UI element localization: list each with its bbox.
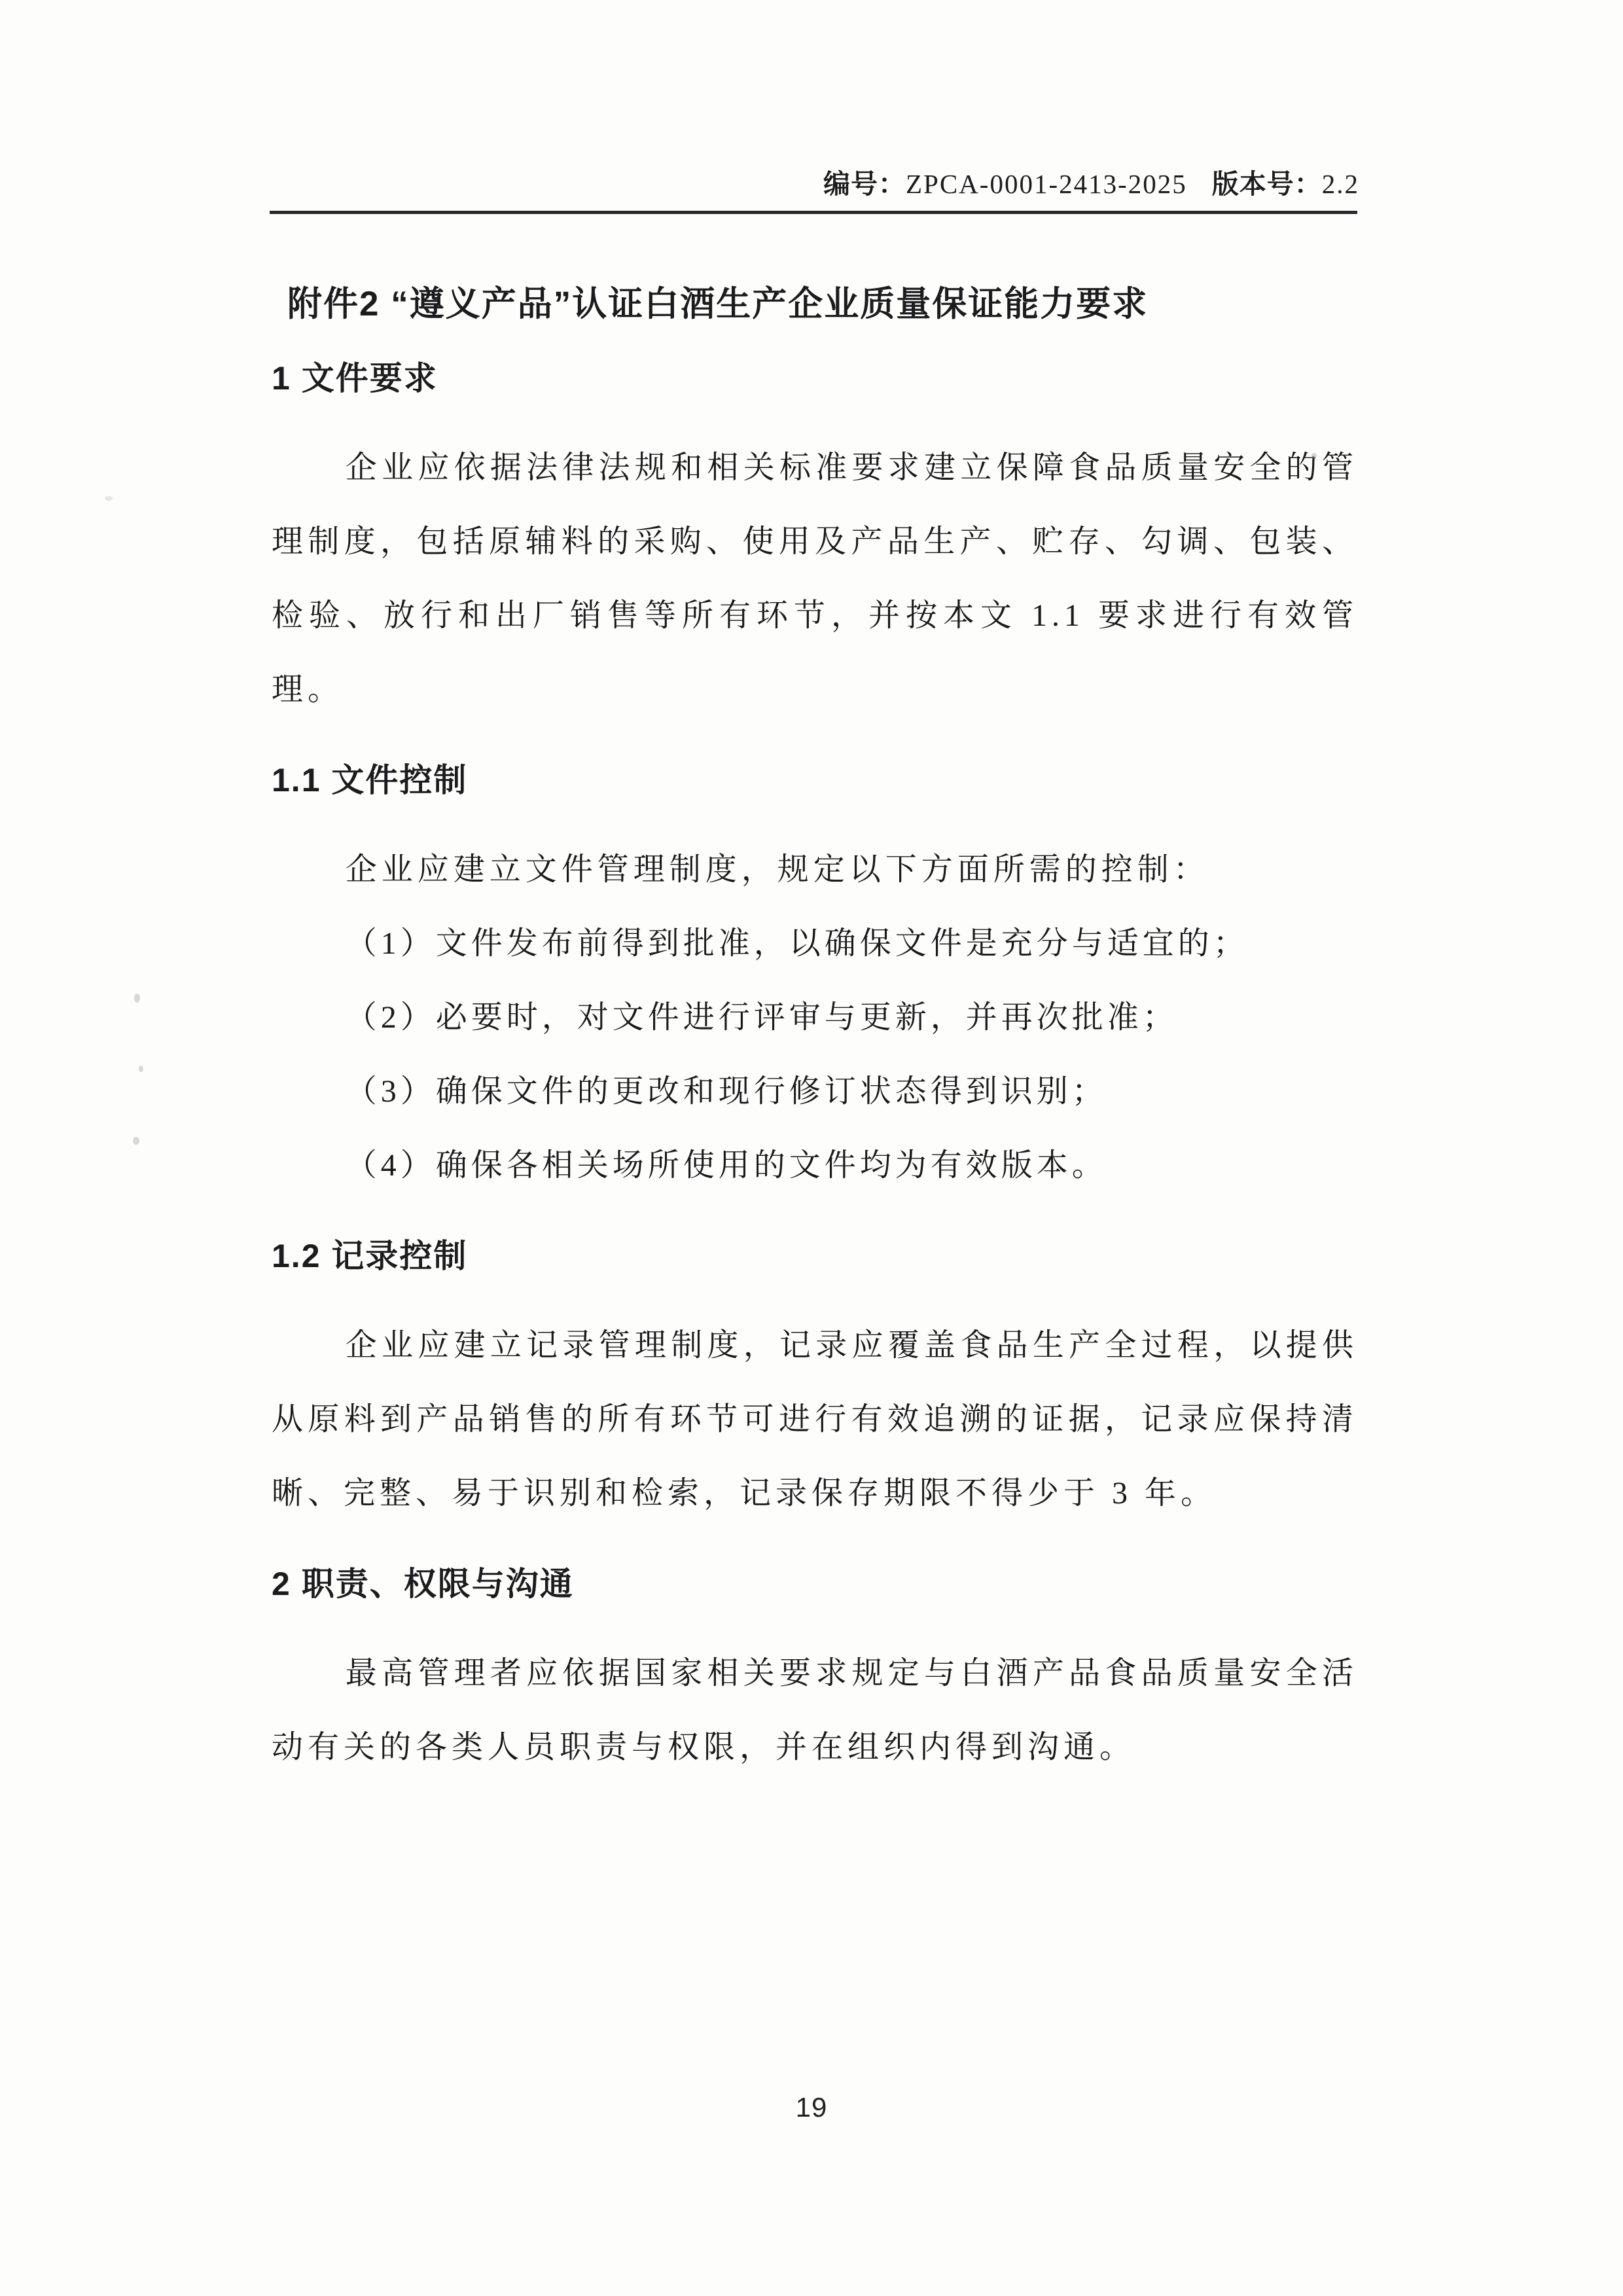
- paragraph-document-control-intro: 企业应建立文件管理制度，规定以下方面所需的控制：: [272, 833, 1358, 906]
- document-page: 编号：ZPCA-0001-2413-2025版本号：2.2 附件2 “遵义产品”…: [0, 0, 1623, 2296]
- page-number: 19: [796, 2092, 828, 2123]
- header-divider-line: [270, 211, 1357, 214]
- doc-number-label: 编号：: [823, 169, 906, 199]
- scan-speck: [139, 1066, 143, 1072]
- scan-speck: [133, 1137, 139, 1145]
- section-heading-document-requirements: 1 文件要求: [272, 359, 1358, 398]
- list-item-4: （4）确保各相关场所使用的文件均为有效版本。: [272, 1128, 1358, 1202]
- scan-speck: [134, 994, 140, 1003]
- paragraph-document-requirements: 企业应依据法律法规和相关标准要求建立保障食品质量安全的管理制度，包括原辅料的采购…: [272, 431, 1358, 726]
- paragraph-responsibility-communication: 最高管理者应依据国家相关要求规定与白酒产品食品质量安全活动有关的各类人员职责与权…: [272, 1636, 1358, 1784]
- document-header: 编号：ZPCA-0001-2413-2025版本号：2.2: [272, 165, 1359, 203]
- section-heading-document-control: 1.1 文件控制: [272, 761, 1358, 800]
- page-footer: 19: [0, 2092, 1623, 2123]
- version-label: 版本号：: [1212, 169, 1322, 199]
- section-heading-responsibility-communication: 2 职责、权限与沟通: [272, 1564, 1358, 1604]
- list-item-1: （1）文件发布前得到批准，以确保文件是充分与适宜的；: [272, 906, 1358, 980]
- scan-speck: [105, 496, 113, 501]
- document-body: 附件2 “遵义产品”认证白酒生产企业质量保证能力要求 1 文件要求 企业应依据法…: [272, 262, 1358, 1784]
- doc-number-value: ZPCA-0001-2413-2025: [906, 169, 1187, 199]
- scan-speck: [1311, 453, 1317, 458]
- section-heading-record-control: 1.2 记录控制: [272, 1236, 1358, 1276]
- list-item-3: （3）确保文件的更改和现行修订状态得到识别；: [272, 1054, 1358, 1128]
- version-value: 2.2: [1322, 169, 1359, 199]
- paragraph-record-control: 企业应建立记录管理制度，记录应覆盖食品生产全过程，以提供从原料到产品销售的所有环…: [272, 1308, 1358, 1530]
- document-title: 附件2 “遵义产品”认证白酒生产企业质量保证能力要求: [287, 284, 1358, 325]
- list-item-2: （2）必要时，对文件进行评审与更新，并再次批准；: [272, 980, 1358, 1054]
